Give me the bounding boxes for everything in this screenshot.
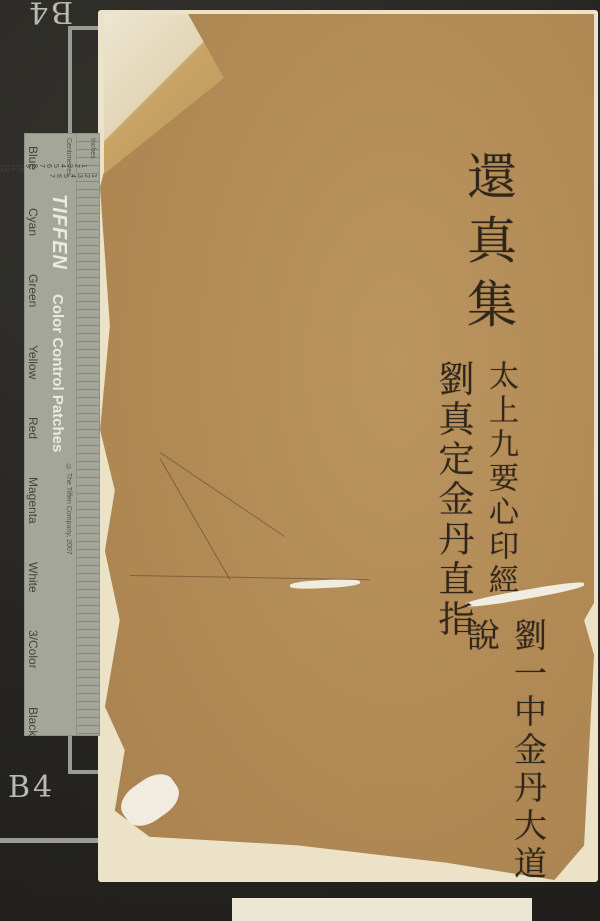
cover-column-3: 劉一中金丹大道說 bbox=[458, 618, 552, 921]
inches-label: Inches bbox=[89, 138, 96, 159]
tick: 6 bbox=[55, 174, 62, 714]
color-control-strip: Centimetres Inches TIFFEN Color Control … bbox=[24, 133, 100, 736]
tick: 13 bbox=[0, 164, 3, 724]
tick: 2 bbox=[83, 174, 90, 714]
cover-column-2: 劉真定金丹直指 bbox=[428, 360, 479, 640]
cover-column-1: 太上九要心印經 bbox=[478, 360, 522, 598]
inch-ticks: 1 2 3 4 5 6 7 bbox=[48, 174, 97, 714]
tick: 4 bbox=[69, 174, 76, 714]
book-title: 還真集 bbox=[452, 150, 524, 342]
tick: 5 bbox=[62, 174, 69, 714]
tick: 3 bbox=[76, 174, 83, 714]
tick: 10 bbox=[17, 164, 24, 724]
guide-line bbox=[68, 26, 72, 134]
guide-line bbox=[0, 838, 100, 843]
guide-line bbox=[68, 770, 100, 774]
tick: 1 bbox=[90, 174, 97, 714]
grid-label-top: B4 bbox=[26, 0, 73, 29]
tick: 11 bbox=[10, 164, 17, 724]
tick: 8 bbox=[31, 164, 38, 724]
tick: 12 bbox=[3, 164, 10, 724]
tick: 9 bbox=[24, 164, 31, 724]
tick: 7 bbox=[38, 164, 45, 724]
guide-line bbox=[68, 733, 72, 773]
grid-label-bottom: B4 bbox=[8, 770, 55, 805]
tick: 7 bbox=[48, 174, 55, 714]
